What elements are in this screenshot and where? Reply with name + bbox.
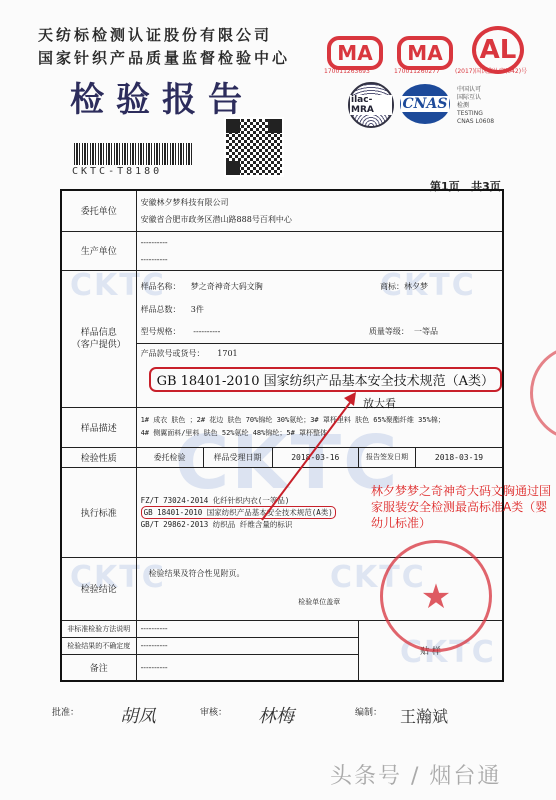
- model-label: 型号规格：: [141, 327, 181, 336]
- cma-number: 170011263693: [324, 68, 370, 75]
- sample-name-label: 样品名称：: [141, 282, 181, 291]
- official-seal-icon: [530, 345, 556, 441]
- star-icon: ★: [383, 577, 489, 617]
- standards-label: 执行标准: [61, 467, 136, 557]
- sample-count-label: 样品总数：: [141, 305, 181, 314]
- sample-info-sub: （客户提供）: [66, 339, 132, 351]
- conclusion-text: 检验结果及符合性见附页。: [149, 569, 245, 578]
- org-name: 天纺标检测认证股份有限公司: [38, 24, 272, 45]
- compile-signature: 王瀚斌: [400, 704, 448, 727]
- style-number-label: 产品款号或货号：: [141, 349, 205, 358]
- compile-label: 编制：: [355, 705, 382, 718]
- cnas-label: CNAS: [401, 96, 450, 112]
- qr-code: [224, 117, 284, 177]
- cnas-text-line: TESTING: [457, 110, 494, 118]
- producer-line: ----------: [141, 251, 498, 268]
- client-row: 委托单位 安徽林夕梦科技有限公司 安徽省合肥市政务区潜山路888号百利中心: [61, 190, 503, 231]
- uncertainty-value: ----------: [136, 637, 358, 654]
- standard-item-highlighted: GB 18401-2010 国家纺织产品基本安全技术规范(A类): [141, 506, 336, 519]
- cnas-logo-icon: CNAS: [400, 84, 450, 124]
- issued-date: 2018-03-19: [416, 447, 504, 467]
- nonstandard-label: 非标准检验方法说明: [61, 620, 136, 637]
- zoom-note: 放大看: [363, 395, 396, 411]
- sample-info-label: 样品信息 （客户提供）: [61, 270, 136, 407]
- source-watermark: 头条号 / 烟台通: [330, 759, 501, 790]
- style-number: 1701: [217, 349, 237, 358]
- inspection-type: 委托检验: [136, 447, 203, 467]
- cma-mark-icon: MA: [397, 36, 453, 70]
- review-signature: 林梅: [258, 702, 294, 728]
- producer-label: 生产单位: [61, 231, 136, 270]
- cnas-text-line: CNAS L0608: [457, 118, 494, 126]
- annotation-text: 林夕梦梦之奇神奇大码文胸通过国家服装安全检测最高标准A类（婴幼儿标准）: [371, 483, 551, 531]
- remarks-value: ----------: [136, 654, 358, 681]
- client-name: 安徽林夕梦科技有限公司: [141, 194, 498, 211]
- ilac-label: ilac-MRA: [350, 95, 392, 115]
- uncertainty-label: 检验结果的不确定度: [61, 637, 136, 654]
- sample-count: 3件: [191, 305, 204, 314]
- sample-info-title: 样品信息: [66, 327, 132, 339]
- grade-value: 一等品: [414, 327, 438, 336]
- sample-desc-label: 样品描述: [61, 407, 136, 447]
- grade-label: 质量等级：: [369, 327, 409, 336]
- cal-number: (2017)国认监认字(042)号: [455, 66, 527, 75]
- brand-value: 林夕梦: [404, 282, 428, 291]
- remarks-label: 备注: [61, 654, 136, 681]
- ilac-mra-logo-icon: ilac-MRA: [348, 82, 394, 128]
- report-title: 检验报告: [70, 72, 254, 121]
- cnas-text-line: 国际互认: [457, 94, 494, 102]
- sample-desc-line: 4# 侧翼面料/里料 肤色 52%氨纶 48%锦纶；5# 罩杯整体: [141, 427, 498, 440]
- approve-label: 批准：: [52, 705, 79, 718]
- sample-name: 梦之奇神奇大码文胸: [191, 282, 263, 291]
- received-date: 2018-03-16: [272, 447, 358, 467]
- review-label: 审核：: [200, 705, 227, 718]
- cma-number: 170011260277: [394, 68, 440, 75]
- org-center-name: 国家针织产品质量监督检验中心: [38, 47, 290, 68]
- client-address: 安徽省合肥市政务区潜山路888号百利中心: [141, 211, 498, 228]
- brand-label: 商标：: [380, 282, 404, 291]
- official-seal-icon: ★: [380, 540, 492, 652]
- cnas-text-line: 检测: [457, 102, 494, 110]
- producer-line: ----------: [141, 234, 498, 251]
- approve-signature: 胡凤: [120, 702, 156, 728]
- sample-desc-row: 样品描述 1# 成衣 肤色 ；2# 花边 肤色 70%锦纶 30%氨纶；3# 罩…: [61, 407, 503, 447]
- inspection-label: 检验性质: [61, 447, 136, 467]
- issued-date-label: 报告签发日期: [359, 447, 416, 467]
- model-value: ----------: [193, 327, 220, 336]
- cma-mark-icon: MA: [327, 36, 383, 70]
- nonstandard-value: ----------: [136, 620, 358, 637]
- inspection-row: 检验性质 委托检验 样品受理日期 2018-03-16 报告签发日期 2018-…: [61, 447, 503, 467]
- received-date-label: 样品受理日期: [203, 447, 272, 467]
- barcode: [74, 143, 192, 165]
- conclusion-label: 检验结论: [61, 557, 136, 620]
- sample-desc-line: 1# 成衣 肤色 ；2# 花边 肤色 70%锦纶 30%氨纶；3# 罩杯里料 肤…: [141, 414, 498, 427]
- standard-callout: GB 18401-2010 国家纺织产品基本安全技术规范（A类）: [149, 367, 502, 392]
- barcode-text: CKTC-T8180: [72, 166, 162, 177]
- producer-row: 生产单位 ---------- ----------: [61, 231, 503, 270]
- cnas-text: 中国认可 国际互认 检测 TESTING CNAS L0608: [457, 86, 494, 126]
- cnas-text-line: 中国认可: [457, 86, 494, 94]
- sample-info-row: 样品信息 （客户提供） 样品名称： 梦之奇神奇大码文胸 商标：林夕梦 样品总数：…: [61, 270, 503, 407]
- client-label: 委托单位: [61, 190, 136, 231]
